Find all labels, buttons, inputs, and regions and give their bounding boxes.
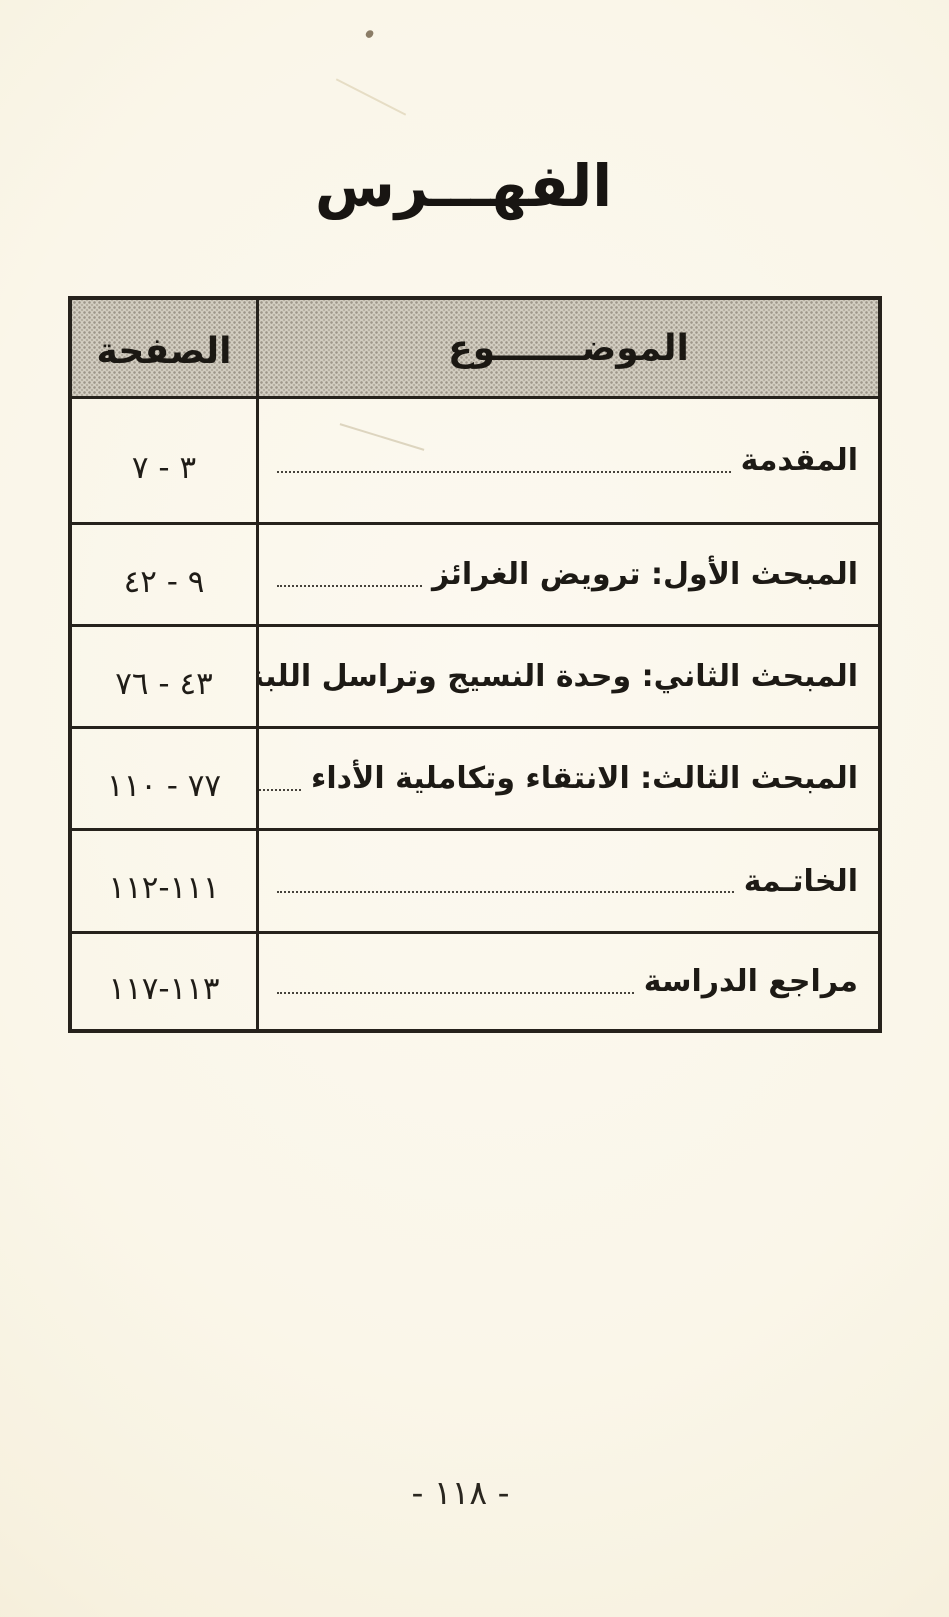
toc-entry-title: المبحث الثالث: الانتقاء وتكاملية الأداء: [311, 761, 858, 796]
toc-entry-title: المبحث الأول: ترويض الغرائز: [432, 557, 858, 592]
dotted-leader: [277, 471, 731, 473]
toc-header-row: الموضـــــــوع الصفحة: [72, 300, 878, 396]
scan-speck: [365, 29, 375, 39]
toc-entry-pages: ١١١-١١٢: [72, 831, 259, 931]
toc-entry-pages: ٧٧ - ١١٠: [72, 729, 259, 828]
toc-entry-title: مراجع الدراسة: [644, 964, 858, 999]
toc-entry-pages: ١١٣-١١٧: [72, 934, 259, 1029]
toc-row-references: مراجع الدراسة ١١٣-١١٧: [72, 931, 878, 1029]
toc-row-introduction: المقدمة ٣ - ٧: [72, 396, 878, 522]
toc-header-page: الصفحة: [72, 300, 259, 396]
scan-scratch: [336, 78, 406, 115]
toc-header-subject: الموضـــــــوع: [259, 300, 878, 396]
page-title: الفهـــرس: [0, 152, 938, 220]
dotted-leader: [277, 891, 734, 893]
toc-row-topic-2: المبحث الثاني: وحدة النسيج وتراسل اللبنا…: [72, 624, 878, 726]
toc-entry-title: المبحث الثاني: وحدة النسيج وتراسل اللبنا…: [259, 659, 858, 694]
toc-entry-title: الخاتـمة: [744, 864, 858, 899]
toc-entry-title: المقدمة: [741, 443, 858, 478]
toc-row-topic-1: المبحث الأول: ترويض الغرائز ٩ - ٤٢: [72, 522, 878, 624]
toc-row-conclusion: الخاتـمة ١١١-١١٢: [72, 828, 878, 931]
dotted-leader: [277, 585, 422, 587]
toc-entry-pages: ٩ - ٤٢: [72, 525, 259, 624]
toc-table: الموضـــــــوع الصفحة المقدمة ٣ - ٧ المب…: [68, 296, 882, 1033]
toc-entry-pages: ٤٣ - ٧٦: [72, 627, 259, 726]
toc-row-topic-3: المبحث الثالث: الانتقاء وتكاملية الأداء …: [72, 726, 878, 828]
footer-page-number: - ١١٨ -: [0, 1473, 935, 1512]
dotted-leader: [277, 992, 634, 994]
toc-entry-pages: ٣ - ٧: [72, 399, 259, 522]
scanned-book-page: الفهـــرس الموضـــــــوع الصفحة المقدمة …: [0, 0, 949, 1617]
dotted-leader: [259, 789, 301, 791]
